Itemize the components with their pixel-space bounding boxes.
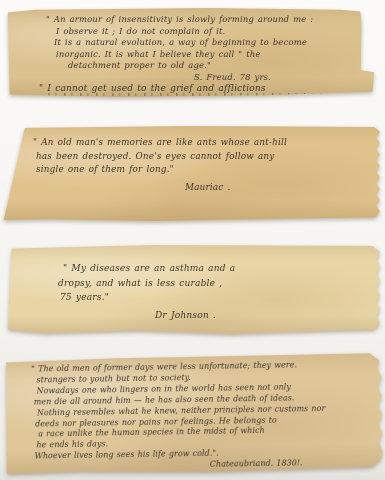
mauriac-quote-line-1: " An old man's memories are like ants wh…: [33, 137, 380, 151]
note-strip-freud: " An armour of insensitivity is slowly f…: [6, 8, 374, 97]
mauriac-quote-line-2: has been destroyed. One's eyes cannot fo…: [36, 151, 380, 165]
chateaubriand-attribution: Chateaubriand. 1830!.: [210, 457, 383, 471]
johnson-attribution: Dr Johnson .: [155, 309, 380, 324]
note-strip-johnson-wrap: " My diseases are an asthma and a dropsy…: [8, 245, 380, 334]
note-strip-chateaubriand: " The old men of former days were less u…: [3, 353, 383, 475]
freud-quote-line-4: inorganic. It is what I believe they cal…: [56, 49, 374, 61]
note-strip-chateaubriand-wrap: " The old men of former days were less u…: [3, 353, 383, 475]
torn-text-remnants: [48, 93, 338, 96]
freud-attribution: S. Freud. 78 yrs.: [194, 72, 374, 84]
note-strip-johnson: " My diseases are an asthma and a dropsy…: [8, 245, 380, 334]
freud-quote-line-3: It is a natural evolution, a way of begi…: [54, 37, 374, 49]
scanned-notes-page: " An armour of insensitivity is slowly f…: [0, 0, 385, 480]
mauriac-quote-line-3: single one of them for long.": [36, 164, 380, 178]
freud-quote-line-1: " An armour of insensitivity is slowly f…: [46, 14, 374, 26]
johnson-quote-line-3: 75 years.": [60, 291, 380, 306]
mauriac-attribution: Mauriac .: [185, 182, 380, 196]
note-strip-freud-wrap: " An armour of insensitivity is slowly f…: [6, 8, 374, 97]
note-strip-mauriac-wrap: " An old man's memories are like ants wh…: [3, 126, 380, 221]
freud-quote-line-5: detachment proper to old age.": [68, 60, 374, 72]
johnson-quote-line-1: " My diseases are an asthma and a: [63, 262, 380, 277]
note-strip-mauriac: " An old man's memories are like ants wh…: [3, 126, 380, 221]
freud-quote-line-2: I observe it ; I do not complain of it.: [56, 26, 374, 38]
johnson-quote-line-2: dropsy, and what is less curable ,: [58, 277, 380, 292]
